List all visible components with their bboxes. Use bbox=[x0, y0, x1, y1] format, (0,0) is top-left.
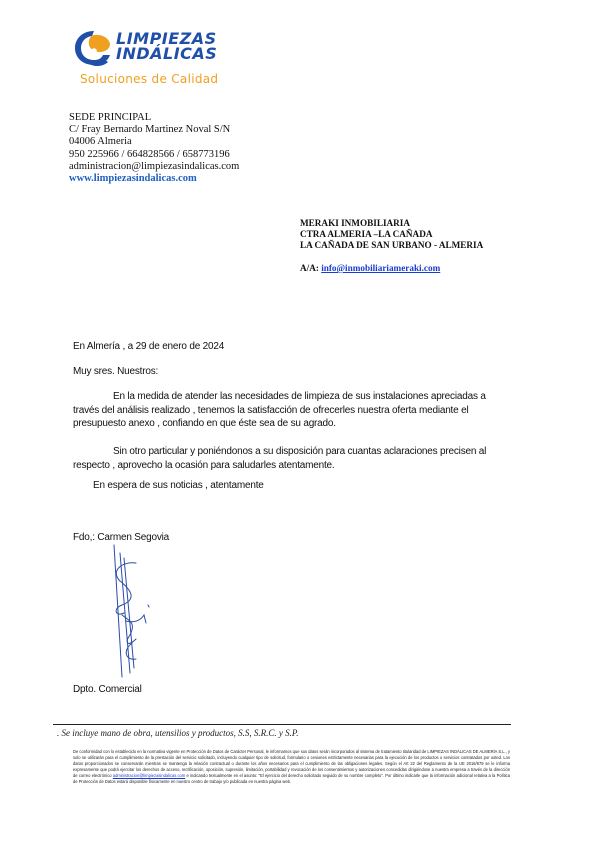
sender-email[interactable]: administracion@limpiezasindalicas.com bbox=[69, 161, 239, 173]
date-line: En Almería , a 29 de enero de 2024 bbox=[73, 341, 224, 352]
paragraph-closing: Sin otro particular y poniéndonos a su d… bbox=[73, 445, 513, 472]
data-protection-notice: De conformidad con lo establecido en la … bbox=[73, 749, 510, 785]
logo-wordmark: LIMPIEZAS INDÁLICAS bbox=[116, 31, 217, 61]
letter-page: LIMPIEZAS INDÁLICAS Soluciones de Calida… bbox=[0, 0, 595, 841]
logo-tagline: Soluciones de Calidad bbox=[80, 72, 218, 86]
closing-line: En espera de sus noticias , atentamente bbox=[93, 480, 264, 491]
sender-title: SEDE PRINCIPAL bbox=[69, 112, 239, 124]
legal-email-link[interactable]: administracion@limpiezasindalicas.com bbox=[113, 773, 185, 778]
recipient-city-line: LA CAÑADA DE SAN URBANO - ALMERIA bbox=[300, 240, 483, 251]
signed-by: Fdo,: Carmen Segovia bbox=[73, 532, 169, 543]
sender-address: C/ Fray Bernardo Martinez Noval S/N bbox=[69, 124, 239, 136]
company-logo: LIMPIEZAS INDÁLICAS Soluciones de Calida… bbox=[72, 27, 232, 89]
logo-swirl-icon bbox=[72, 27, 116, 69]
footer-divider bbox=[53, 724, 511, 725]
sender-website-link[interactable]: www.limpiezasindalicas.com bbox=[69, 173, 239, 185]
recipient-email-link[interactable]: info@inmobiliariameraki.com bbox=[321, 263, 440, 273]
recipient-attention: A/A: info@inmobiliariameraki.com bbox=[300, 263, 483, 274]
sender-city: 04006 Almeria bbox=[69, 136, 239, 148]
department: Dpto. Comercial bbox=[73, 684, 142, 695]
attention-label: A/A: bbox=[300, 263, 319, 273]
sender-block: SEDE PRINCIPAL C/ Fray Bernardo Martinez… bbox=[69, 112, 239, 185]
recipient-block: MERAKI INMOBILIARIA CTRA ALMERIA –LA CAÑ… bbox=[300, 218, 483, 274]
recipient-name: MERAKI INMOBILIARIA bbox=[300, 218, 483, 229]
recipient-address-line: CTRA ALMERIA –LA CAÑADA bbox=[300, 229, 483, 240]
footer-note: . Se incluye mano de obra, utensilios y … bbox=[57, 728, 298, 738]
handwritten-signature bbox=[100, 543, 160, 683]
greeting: Muy sres. Nuestros: bbox=[73, 366, 158, 377]
paragraph-offer: En la medida de atender las necesidades … bbox=[73, 390, 513, 431]
sender-phones: 950 225966 / 664828566 / 658773196 bbox=[69, 149, 239, 161]
